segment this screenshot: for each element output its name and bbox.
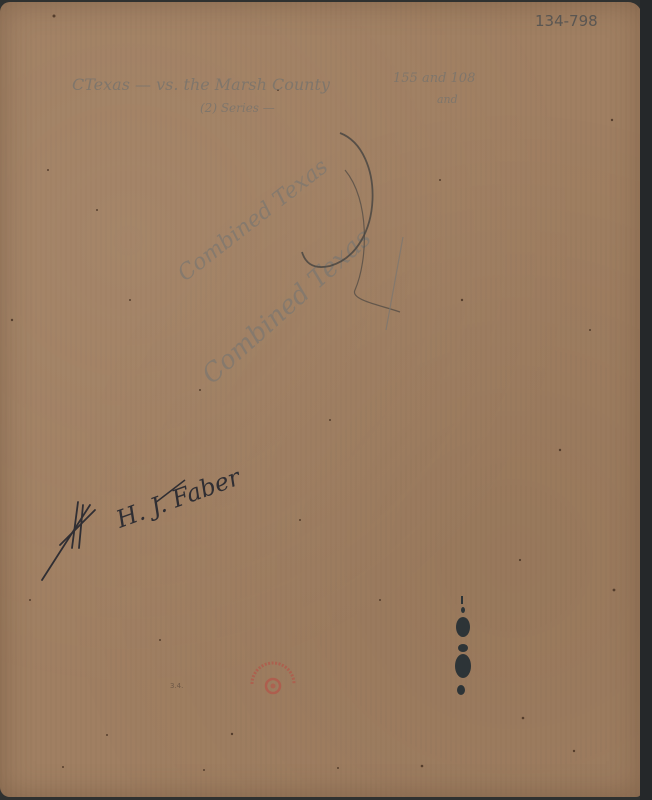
pencil-line xyxy=(386,237,403,330)
signature-mark xyxy=(42,502,95,580)
paper-specks xyxy=(11,15,616,772)
signature: H. J. Faber xyxy=(112,462,246,533)
catalog-number: 134-798 xyxy=(535,12,598,30)
pencil-note-line-1: CTexas — vs. the Marsh County xyxy=(72,75,331,94)
ink-blot xyxy=(455,596,471,695)
pencil-note-numbers-sub: and xyxy=(437,93,458,106)
library-stamp xyxy=(252,663,294,693)
handwriting-layer: 134-798 CTexas — vs. the Marsh County (2… xyxy=(0,0,652,800)
bottom-mark: 3.4. xyxy=(170,682,183,690)
pencil-note-line-2: (2) Series — xyxy=(200,101,275,115)
pencil-note-numbers: 155 and 108 xyxy=(393,71,475,86)
